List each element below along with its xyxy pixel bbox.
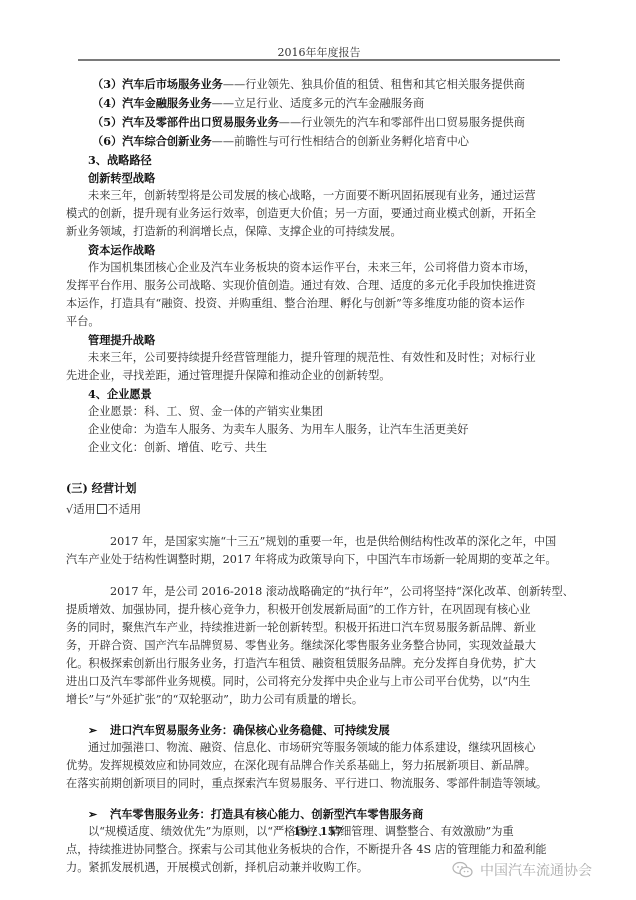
vision-heading: 4、企业愿景 — [88, 385, 562, 403]
paragraph-line: 化。积极探索创新出行服务业务，打造汽车租赁、融资租赁服务品牌。充分发挥自身优势，… — [66, 655, 562, 673]
paragraph-line: 模式的创新，提升现有业务运行效率，创造更大价值；另一方面，要通过商业模式创新，开… — [66, 205, 562, 223]
page-number: 19 / 157 — [0, 825, 636, 838]
business-line-5: （5）汽车及零部件出口贸易服务业务——行业领先的汽车和零部件出口贸易服务提供商 — [88, 113, 562, 132]
business-line-label: （3）汽车后市场服务业务 — [92, 77, 223, 91]
paragraph-line: 通过加强港口、物流、融资、信息化、市场研究等服务领域的能力体系建设，继续巩固核心 — [66, 739, 562, 757]
business-line-desc: ——立足行业、适度多元的汽车金融服务商 — [212, 97, 425, 110]
page-header: 2016年年度报告 — [78, 44, 560, 60]
bullet-title: 汽车零售服务业务：打造具有核心能力、创新型汽车零售服务商 — [110, 807, 423, 821]
plan-paragraph-1: 2017 年，是国家实施“十三五”规划的重要一年，也是供给侧结构性改革的深化之年… — [66, 533, 562, 569]
paragraph-line: 务，开辟合资、国产汽车品牌贸易、零售业务。继续深化零售服务业务整合协同，实现效益… — [66, 637, 562, 655]
not-applicable-label: 不适用 — [108, 503, 142, 516]
paragraph-line: 提质增效、加强协同，提升核心竞争力，积极开创发展新局面”的工作方针，在巩固现有核… — [66, 601, 562, 619]
innovation-title: 创新转型战略 — [88, 169, 562, 187]
watermark-text: 中国汽车流通协会 — [480, 860, 592, 880]
arrow-bullet-icon: ➢ — [88, 805, 110, 823]
header-rule — [78, 59, 560, 61]
paragraph-line: 先进企业，寻找差距，通过管理提升保障和推动企业的创新转型。 — [66, 367, 562, 385]
capital-title: 资本运作战略 — [88, 241, 562, 259]
paragraph-line: 发挥平台作用、服务公司战略、实现价值创造。通过有效、合理、适度的多元化手段加快推… — [66, 277, 562, 295]
arrow-bullet-icon: ➢ — [88, 721, 110, 739]
paragraph-line: 汽车产业处于结构性调整时期，2017 年将成为政策导向下，中国汽车市场新一轮周期… — [66, 551, 562, 569]
paragraph-line: 点，持续推进协同整合。探索与公司其他业务板块的合作，不断提升各 4S 店的管理能… — [66, 841, 562, 859]
mission-item: 企业使命：为造车人服务、为卖车人服务、为用车人服务，让汽车生活更美好 — [88, 421, 562, 439]
import-paragraph: 通过加强港口、物流、融资、信息化、市场研究等服务领域的能力体系建设，继续巩固核心… — [66, 739, 562, 793]
business-line-desc: ——行业领先、独具价值的租赁、租售和其它相关服务提供商 — [223, 78, 525, 91]
strategy-heading: 3、战略路径 — [88, 151, 562, 169]
business-line-4: （4）汽车金融服务业务——立足行业、适度多元的汽车金融服务商 — [88, 94, 562, 113]
business-line-3: （3）汽车后市场服务业务——行业领先、独具价值的租赁、租售和其它相关服务提供商 — [88, 75, 562, 94]
business-line-6: （6）汽车综合创新业务——前瞻性与可行性相结合的创新业务孵化培育中心 — [88, 132, 562, 151]
applicability-row: √适用不适用 — [66, 501, 562, 519]
applicable-label: 适用 — [73, 503, 95, 516]
paragraph-line: 未来三年，公司要持续提升经营管理能力，提升管理的规范性、有效性和及时性；对标行业 — [66, 349, 562, 367]
paragraph-line: 在落实前期创新项目的同时，重点探索汽车贸易服务、平行进口、物流服务、零部件制造等… — [66, 775, 562, 793]
page-content: （3）汽车后市场服务业务——行业领先、独具价值的租赁、租售和其它相关服务提供商 … — [88, 75, 562, 877]
paragraph-line: 本运作，打造具有“融资、投资、并购重组、整合治理、孵化与创新”等多维度功能的资本… — [66, 295, 562, 313]
paragraph-line: 平台。 — [66, 313, 562, 331]
paragraph-line: 2017 年，是公司 2016-2018 滚动战略确定的“执行年”，公司将坚持“… — [66, 583, 562, 601]
watermark: 中国汽车流通协会 — [452, 860, 592, 880]
paragraph-line: 优势。发挥规模效应和协同效应，在深化现有品牌合作关系基础上，努力拓展新项目、新品… — [66, 757, 562, 775]
bullet-heading-import: ➢进口汽车贸易服务业务：确保核心业务稳健、可持续发展 — [66, 721, 562, 739]
paragraph-line: 作为国机集团核心企业及汽车业务板块的资本运作平台，未来三年，公司将借力资本市场， — [66, 259, 562, 277]
business-line-desc: ——前瞻性与可行性相结合的创新业务孵化培育中心 — [212, 135, 469, 148]
paragraph-line: 未来三年，创新转型将是公司发展的核心战略，一方面要不断巩固拓展现有业务，通过运营 — [66, 187, 562, 205]
plan-heading: (三) 经营计划 — [66, 479, 562, 497]
business-line-label: （5）汽车及零部件出口贸易服务业务 — [92, 115, 279, 129]
business-line-label: （6）汽车综合创新业务 — [92, 134, 212, 148]
management-title: 管理提升战略 — [88, 331, 562, 349]
plan-paragraph-2: 2017 年，是公司 2016-2018 滚动战略确定的“执行年”，公司将坚持“… — [66, 583, 562, 709]
empty-checkbox-icon — [97, 504, 107, 514]
paragraph-line: 务的同时，聚焦汽车产业，持续推进新一轮创新转型。积极开拓进口汽车贸易服务新品牌、… — [66, 619, 562, 637]
business-line-label: （4）汽车金融服务业务 — [92, 96, 212, 110]
paragraph-line: 新业务领域，打造新的利润增长点，保障、支撑企业的可持续发展。 — [66, 223, 562, 241]
management-paragraph: 未来三年，公司要持续提升经营管理能力，提升管理的规范性、有效性和及时性；对标行业… — [66, 349, 562, 385]
culture-item: 企业文化：创新、增值、吃亏、共生 — [88, 439, 562, 457]
paragraph-line: 2017 年，是国家实施“十三五”规划的重要一年，也是供给侧结构性改革的深化之年… — [66, 533, 562, 551]
capital-paragraph: 作为国机集团核心企业及汽车业务板块的资本运作平台，未来三年，公司将借力资本市场，… — [66, 259, 562, 331]
paragraph-line: 进出口及汽车零部件业务规模。同时，公司将充分发挥中央企业与上市公司平台优势，以“… — [66, 673, 562, 691]
business-line-desc: ——行业领先的汽车和零部件出口贸易服务提供商 — [279, 116, 525, 129]
wechat-icon — [452, 861, 474, 879]
bullet-heading-retail: ➢汽车零售服务业务：打造具有核心能力、创新型汽车零售服务商 — [66, 805, 562, 823]
paragraph-line: 增长”与“外延扩张”的“双轮驱动”，助力公司有质量的增长。 — [66, 691, 562, 709]
bullet-title: 进口汽车贸易服务业务：确保核心业务稳健、可持续发展 — [110, 723, 390, 737]
vision-item: 企业愿景：科、工、贸、金一体的产销实业集团 — [88, 403, 562, 421]
innovation-paragraph: 未来三年，创新转型将是公司发展的核心战略，一方面要不断巩固拓展现有业务，通过运营… — [66, 187, 562, 241]
